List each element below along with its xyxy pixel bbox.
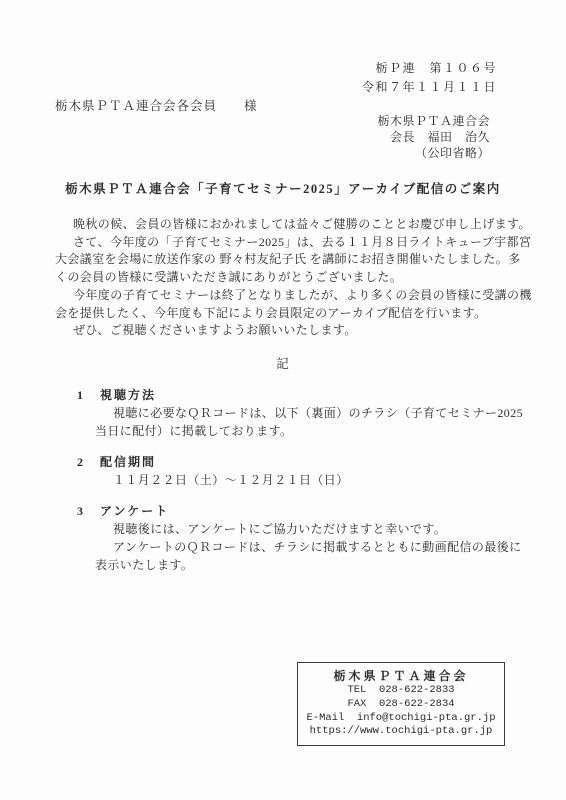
contact-box: 栃木県ＰＴＡ連合会 TEL 028-622-2833 FAX 028-622-2… xyxy=(297,662,505,746)
section-number: 3 xyxy=(77,502,100,520)
section-heading: 2配信期間 xyxy=(77,453,517,471)
section-viewing-method: 1視聴方法 視聴に必要なＱＲコードは、以下（裏面）のチラシ（子育てセミナー202… xyxy=(77,386,517,440)
section-heading-text: 配信期間 xyxy=(100,455,156,469)
letter-page: 栃Ｐ連 第１０６号 令和７年１１月１１日 栃木県ＰＴＡ連合会各会員 様 栃木県Ｐ… xyxy=(0,0,566,800)
section-body: 視聴後には、アンケートにご協力いただけますと幸いです。 アンケートのＱＲコードは… xyxy=(95,520,517,574)
section-line: 表示いたします。 xyxy=(95,556,517,574)
contact-email: E-Mail info@tochigi-pta.gr.jp xyxy=(298,712,504,726)
contact-org: 栃木県ＰＴＡ連合会 xyxy=(298,668,504,684)
addressee: 栃木県ＰＴＡ連合会各会員 様 xyxy=(55,96,258,114)
section-line: アンケートのＱＲコードは、チラシに掲載するとともに動画配信の最後に xyxy=(95,538,517,556)
sender-org: 栃木県ＰＴＡ連合会 xyxy=(377,113,490,129)
document-date: 令和７年１１月１１日 xyxy=(362,78,497,97)
section-streaming-period: 2配信期間 １１月２２日（土）～１２月２１日（日） xyxy=(77,453,517,489)
section-number: 1 xyxy=(77,386,100,404)
section-heading-text: 視聴方法 xyxy=(100,388,156,402)
body-paragraphs: 晩秋の候、会員の皆様におかれましては益々ご健勝のこととお慶び申し上げます。 さて… xyxy=(55,216,513,340)
section-line: 視聴後には、アンケートにご協力いただけますと幸いです。 xyxy=(95,520,517,538)
section-body: １１月２２日（土）～１２月２１日（日） xyxy=(95,471,517,489)
section-questionnaire: 3アンケート 視聴後には、アンケートにご協力いただけますと幸いです。 アンケート… xyxy=(77,502,517,574)
section-heading-text: アンケート xyxy=(100,504,169,518)
body-line: さて、今年度の「子育てセミナー2025」は、去る１１月８日ライトキューブ宇都宮 xyxy=(55,234,513,252)
document-header: 栃Ｐ連 第１０６号 令和７年１１月１１日 xyxy=(362,59,497,97)
document-title: 栃木県ＰＴＡ連合会「子育てセミナー2025」アーカイブ配信のご案内 xyxy=(0,179,566,197)
body-line: 大会議室を会場に放送作家の 野々村友紀子氏 を講師にお招き開催いたしました。多 xyxy=(55,251,513,269)
sender-seal-note: （公印省略） xyxy=(377,145,490,161)
section-line: １１月２２日（土）～１２月２１日（日） xyxy=(95,471,517,489)
body-line: 晩秋の候、会員の皆様におかれましては益々ご健勝のこととお慶び申し上げます。 xyxy=(55,216,513,234)
section-line: 当日に配付）に掲載しております。 xyxy=(95,422,517,440)
section-number: 2 xyxy=(77,453,100,471)
contact-url: https://www.tochigi-pta.gr.jp xyxy=(298,725,504,739)
contact-fax: FAX 028-622-2834 xyxy=(298,698,504,712)
ki-marker: 記 xyxy=(0,354,566,372)
body-line: ぜひ、ご視聴くださいますようお願いいたします。 xyxy=(55,322,513,340)
sender-block: 栃木県ＰＴＡ連合会 会長 福田 治久 （公印省略） xyxy=(377,113,490,161)
section-heading: 3アンケート xyxy=(77,502,517,520)
body-line: くの会員の皆様に受講いただき誠にありがとうございました。 xyxy=(55,269,513,287)
section-line: 視聴に必要なＱＲコードは、以下（裏面）のチラシ（子育てセミナー2025 xyxy=(95,404,517,422)
sender-president: 会長 福田 治久 xyxy=(377,129,490,145)
section-heading: 1視聴方法 xyxy=(77,386,517,404)
body-line: 今年度の子育てセミナーは終了となりましたが、より多くの会員の皆様に受講の機 xyxy=(55,287,513,305)
section-body: 視聴に必要なＱＲコードは、以下（裏面）のチラシ（子育てセミナー2025 当日に配… xyxy=(95,404,517,440)
body-line: 会を提供したく、今年度も下記により会員限定のアーカイブ配信を行います。 xyxy=(55,305,513,323)
contact-tel: TEL 028-622-2833 xyxy=(298,684,504,698)
sections: 1視聴方法 視聴に必要なＱＲコードは、以下（裏面）のチラシ（子育てセミナー202… xyxy=(77,386,517,587)
document-number: 栃Ｐ連 第１０６号 xyxy=(362,59,497,78)
